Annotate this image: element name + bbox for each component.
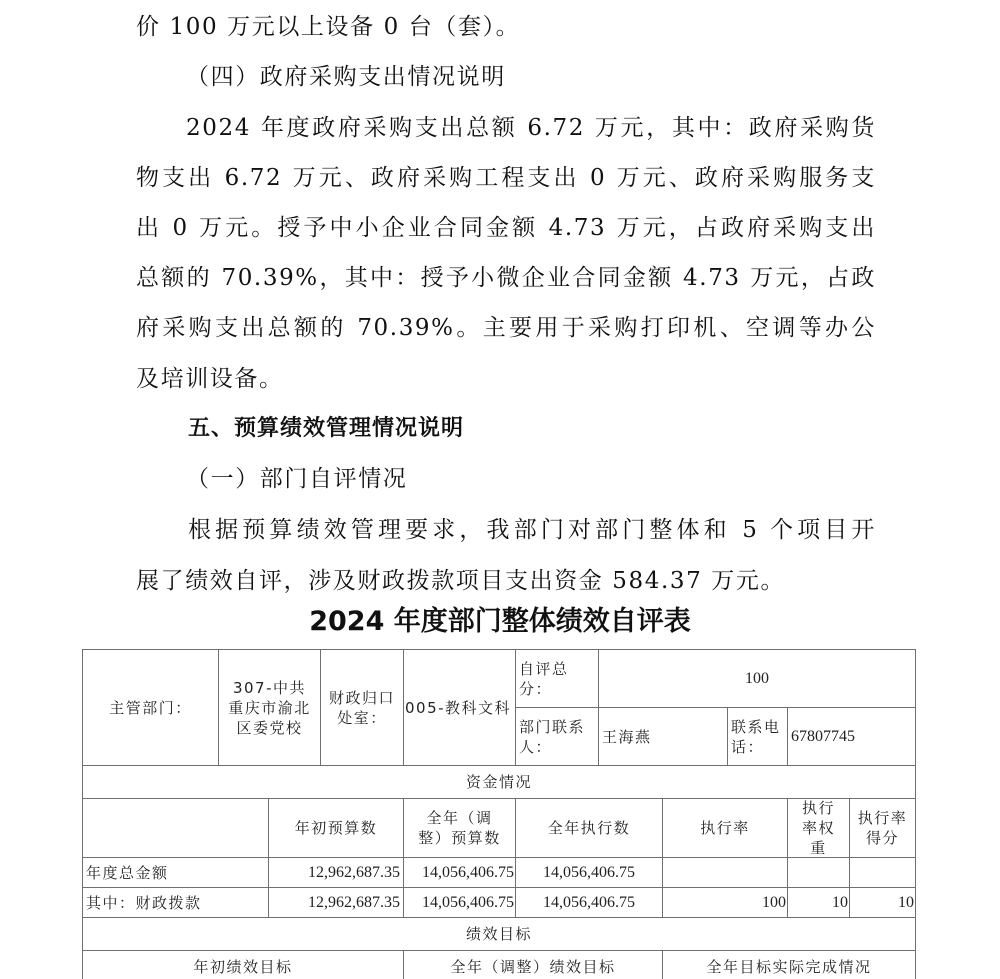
row-label: 年度总金额 — [82, 857, 269, 888]
header-initial-goal: 年初绩效目标 — [82, 950, 404, 979]
row-weight — [787, 857, 850, 888]
row-score — [849, 857, 916, 888]
row-adjusted-budget: 14,056,406.75 — [403, 887, 516, 918]
funding-header-blank — [82, 798, 269, 858]
paragraph-line: 价 100 万元以上设备 0 台（套）。 — [136, 12, 876, 42]
paragraph-line: 府采购支出总额的 70.39%。主要用于采购打印机、空调等办公 — [136, 313, 876, 343]
paragraph-line: 根据预算绩效管理要求，我部门对部门整体和 5 个项目开 — [188, 515, 876, 545]
row-executed: 14,056,406.75 — [515, 857, 663, 888]
header-executed: 全年执行数 — [515, 798, 663, 858]
finance-office-label: 财政归口处室： — [320, 649, 404, 766]
row-rate: 100 — [662, 887, 788, 918]
dept-label: 主管部门： — [82, 649, 219, 766]
paragraph-line: 展了绩效自评，涉及财政拨款项目支出资金 584.37 万元。 — [136, 566, 876, 596]
subheading-gov-procurement: （四）政府采购支出情况说明 — [186, 62, 926, 92]
header-rate: 执行率 — [662, 798, 788, 858]
section-heading: 五、预算绩效管理情况说明 — [188, 414, 928, 444]
phone-label: 联系电话： — [727, 707, 788, 766]
paragraph-line: 及培训设备。 — [136, 364, 876, 394]
header-adjusted-budget: 全年（调整）预算数 — [403, 798, 516, 858]
phone-value: 67807745 — [787, 707, 916, 766]
score-value: 100 — [598, 649, 916, 708]
row-initial-budget: 12,962,687.35 — [268, 887, 404, 918]
contact-value: 王海燕 — [598, 707, 728, 766]
paragraph-line: 2024 年度政府采购支出总额 6.72 万元，其中：政府采购货 — [186, 113, 876, 143]
subheading-self-eval: （一）部门自评情况 — [186, 464, 926, 494]
header-rate-score: 执行率得分 — [849, 798, 916, 858]
goals-section-label: 绩效目标 — [82, 917, 916, 951]
header-actual-completion: 全年目标实际完成情况 — [662, 950, 916, 979]
paragraph-line: 总额的 70.39%，其中：授予小微企业合同金额 4.73 万元，占政 — [136, 263, 876, 293]
paragraph-line: 出 0 万元。授予中小企业合同金额 4.73 万元，占政府采购支出 — [136, 213, 876, 243]
paragraph-line: 物支出 6.72 万元、政府采购工程支出 0 万元、政府采购服务支 — [136, 163, 876, 193]
row-rate — [662, 857, 788, 888]
row-adjusted-budget: 14,056,406.75 — [403, 857, 516, 888]
row-weight: 10 — [787, 887, 850, 918]
header-initial-budget: 年初预算数 — [268, 798, 404, 858]
row-executed: 14,056,406.75 — [515, 887, 663, 918]
header-adjusted-goal: 全年（调整）绩效目标 — [403, 950, 663, 979]
header-rate-weight: 执行率权重 — [787, 798, 850, 858]
row-initial-budget: 12,962,687.35 — [268, 857, 404, 888]
contact-label: 部门联系人： — [515, 707, 599, 766]
funding-section-label: 资金情况 — [82, 765, 916, 799]
score-label: 自评总分： — [515, 649, 599, 708]
dept-value: 307-中共重庆市渝北区委党校 — [218, 649, 321, 766]
table-title: 2024 年度部门整体绩效自评表 — [0, 604, 1000, 640]
row-score: 10 — [849, 887, 916, 918]
row-label: 其中：财政拨款 — [82, 887, 269, 918]
finance-office-value: 005-教科文科 — [403, 649, 516, 766]
